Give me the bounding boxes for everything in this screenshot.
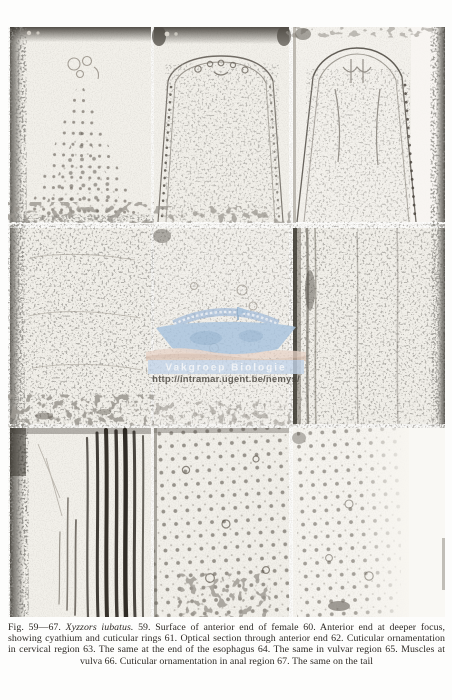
- panel-fig-63: [153, 228, 289, 424]
- panel-fig-65: [10, 428, 151, 617]
- figure-caption: Fig. 59—67. Xyzzors iubatus. 59. Surface…: [8, 622, 445, 667]
- panel-fig-67: [292, 428, 445, 617]
- figure-plate: [8, 27, 445, 617]
- panel-fig-60: [152, 27, 291, 222]
- panel-fig-62: [10, 228, 151, 424]
- panel-fig-61: [293, 27, 445, 222]
- panel-fig-66: [154, 428, 289, 617]
- caption-figure-range: Fig. 59—67.: [8, 622, 66, 633]
- panel-fig-59: [10, 27, 151, 222]
- plate-panels: [8, 27, 445, 617]
- scanned-paper-page: Vakgroep Biologie http://intramar.ugent.…: [0, 0, 452, 700]
- panel-fig-64: [293, 228, 445, 424]
- caption-species-name: Xyzzors iubatus.: [66, 622, 138, 633]
